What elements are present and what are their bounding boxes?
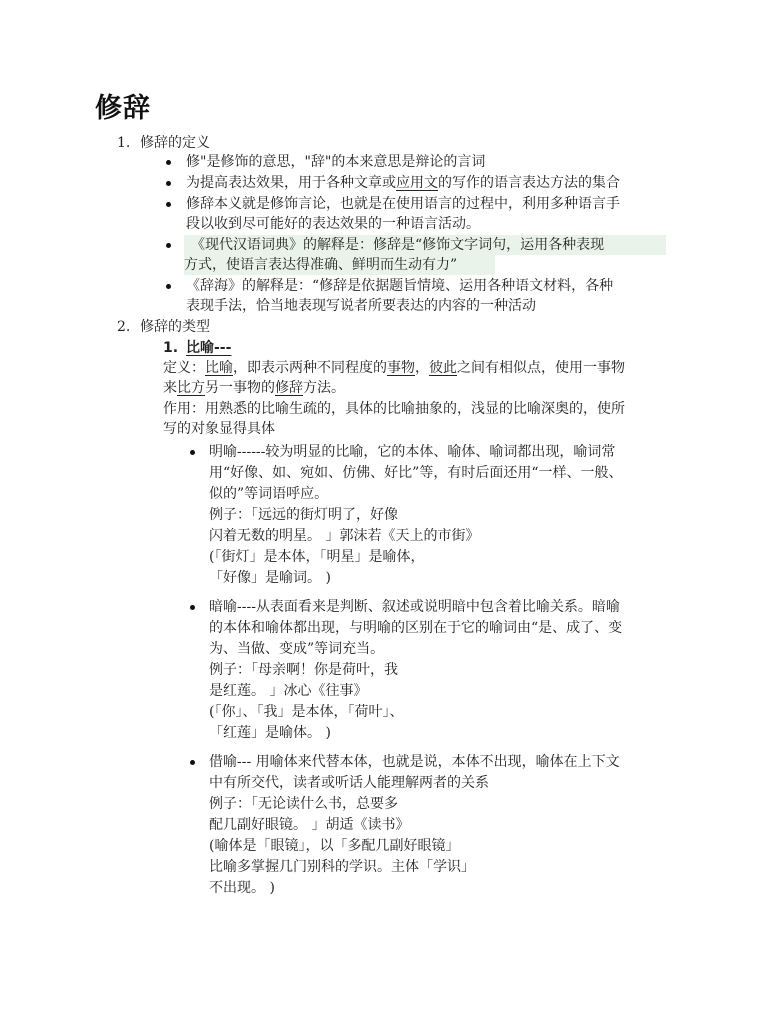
list-item-continuation: 表现手法，恰当地表现写说者所要表达的内容的一种活动 [186,296,536,316]
section-number: 2. [117,317,130,337]
subsection-number: 1. [163,338,178,358]
function-line: 作用：用熟悉的比喻生疏的，具体的比喻抽象的，浅显的比喻深奥的，使所 [163,399,625,419]
type-line: 闪着无数的明星。 」郭沫若《天上的市街》 [209,526,479,546]
document-title: 修辞 [95,86,151,125]
type-line: 「红莲」是喻体。 ) [209,723,331,743]
bullet-icon [190,760,195,765]
section-heading: 修辞的类型 [140,317,210,337]
function-line: 写的对象显得具体 [163,419,275,439]
text-segment: 定义： [163,360,205,376]
bullet-icon [166,181,171,186]
type-line: 是红莲。 」冰心《往事》 [209,681,367,701]
text-segment: 方法。 [303,380,345,396]
highlighted-quote-continuation: 方式，使语言表达得准确、鲜明而生动有力” [184,255,495,275]
text-segment: 另一事物的 [205,380,275,396]
text-segment: 之间有相似点，使用一事物 [457,360,625,376]
hyperlink-shiwu[interactable]: 事物 [387,360,415,376]
type-line: 暗喻----从表面看来是判断、叙述或说明暗中包含着比喻关系。暗喻 [209,597,620,617]
type-line: 不出现。 ) [209,878,275,898]
document-page: 修辞 1. 修辞的定义 修"是修饰的意思，"辞"的本来意思是辩论的言词 为提高表… [0,0,768,1024]
text-segment: 的写作的语言表达方法的集合 [438,175,620,191]
bullet-icon [166,243,171,248]
type-line: 的本体和喻体都出现，与明喻的区别在于它的喻词由“是、成了、变 [209,618,622,638]
type-line: 中有所交代，读者或听话人能理解两者的关系 [209,773,489,793]
type-line: 例子：「母亲啊！你是荷叶，我 [209,660,398,680]
list-item: 修辞本义就是修饰言论，也就是在使用语言的过程中，利用多种语言手 [186,194,620,214]
bullet-icon [166,160,171,165]
type-line: 明喻------较为明显的比喻，它的本体、喻体、喻词都出现，喻词常 [209,442,615,462]
hyperlink-biyu[interactable]: 比喻 [205,360,233,376]
list-item: 《辞海》的解释是：“修辞是依据题旨情境、运用各种语文材料，各种 [186,276,613,296]
type-line: 为、当做、变成”等词充当。 [209,639,384,659]
type-line: 似的”等词语呼应。 [209,484,328,504]
subsection-heading: 比喻--- [186,338,231,358]
hyperlink-xiuci[interactable]: 修辞 [275,380,303,396]
hyperlink-bici[interactable]: 彼此 [429,360,457,376]
type-line: (「你」、「我」是本体，「荷叶」、 [209,702,403,722]
text-segment: ，即表示两种不同程度的 [233,360,387,376]
hyperlink-bifang[interactable]: 比方 [177,380,205,396]
type-line: 比喻多掌握几门别科的学识。主体「学识」 [209,857,475,877]
text-segment: 来 [163,380,177,396]
bullet-icon [190,605,195,610]
list-item: 修"是修饰的意思，"辞"的本来意思是辩论的言词 [186,152,485,172]
bullet-icon [166,284,171,289]
type-line: 例子：「无论读什么书，总要多 [209,794,398,814]
definition-line: 来比方另一事物的修辞方法。 [163,378,345,398]
type-line: 「好像」是喻词。 ) [209,568,331,588]
type-line: (「街灯」是本体，「明星」是喻体， [209,547,424,567]
type-line: 用“好像、如、宛如、仿佛、好比”等，有时后面还用“一样、一般、 [209,463,622,483]
section-number: 1. [117,133,130,153]
list-item-continuation: 段以收到尽可能好的表达效果的一种语言活动。 [186,214,480,234]
highlighted-quote: 《现代汉语词典》的解释是：修辞是“修饰文字词句，运用各种表现 [184,235,666,255]
bullet-icon [166,202,171,207]
definition-line: 定义：比喻，即表示两种不同程度的事物，彼此之间有相似点，使用一事物 [163,358,625,378]
type-line: 例子：「远远的街灯明了，好像 [209,505,398,525]
type-line: 配几副好眼镜。 」胡适《读书》 [209,815,409,835]
text-segment: ， [415,360,429,376]
list-item: 为提高表达效果，用于各种文章或应用文的写作的语言表达方法的集合 [186,173,620,193]
bullet-icon [190,450,195,455]
section-heading: 修辞的定义 [140,133,210,153]
type-line: 借喻--- 用喻体来代替本体，也就是说，本体不出现，喻体在上下文 [209,752,620,772]
type-line: (喻体是「眼镜」，以「多配几副好眼镜」 [209,836,459,856]
hyperlink-yingyongwen[interactable]: 应用文 [396,175,438,191]
text-segment: 为提高表达效果，用于各种文章或 [186,175,396,191]
